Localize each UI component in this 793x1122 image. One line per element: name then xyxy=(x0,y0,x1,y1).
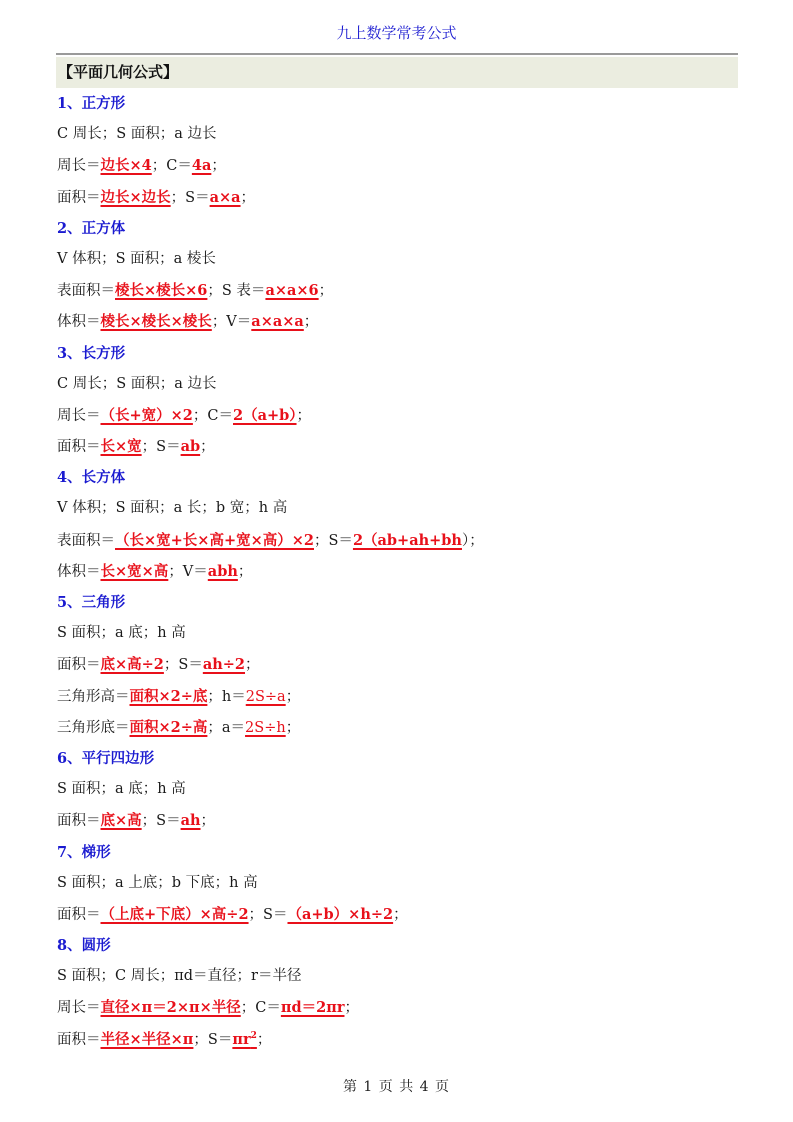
formula-line: 体积＝棱长×棱长×棱长；V＝a×a×a； xyxy=(57,306,737,337)
topic-title: 长方形 xyxy=(82,346,126,362)
formula-end: ； xyxy=(393,907,408,923)
topic-heading-triangle: 5、三角形 xyxy=(57,587,737,618)
formula-end: ； xyxy=(286,689,301,705)
formula-lhs: 表面积＝ xyxy=(57,283,115,299)
topic-heading-circle: 8、圆形 xyxy=(57,930,737,961)
formula-symbol: ；S＝ xyxy=(249,907,288,923)
formula-answer: 边长×边长 xyxy=(101,189,171,206)
topic-number: 1、 xyxy=(57,95,82,112)
formula-answer: 棱长×棱长×6 xyxy=(115,282,207,299)
topic-legend: V 体积；S 面积；a 棱长 xyxy=(57,244,737,275)
formula-line: 表面积＝（长×宽+长×高+宽×高）×2；S＝2（ab+ah+bh）； xyxy=(57,525,737,556)
formula-symbol: ；S＝ xyxy=(171,190,210,206)
formula-answer-symbolic: 4a xyxy=(192,157,211,174)
formula-answer-symbolic: ah÷2 xyxy=(203,656,245,673)
formula-symbol: ；V＝ xyxy=(168,564,207,580)
formula-lhs: 面积＝ xyxy=(57,907,101,923)
formula-answer-symbolic: a×a xyxy=(210,189,241,206)
formula-symbol: ；S 表＝ xyxy=(207,283,265,299)
document-title: 九上数学常考公式 xyxy=(0,22,793,43)
topic-legend: S 面积；C 周长；πd＝直径；r＝半径 xyxy=(57,961,737,992)
formula-lhs: 三角形高＝ xyxy=(57,689,130,705)
formula-symbol: ；S＝ xyxy=(314,533,353,549)
formula-answer: （长×宽+长×高+宽×高）×2 xyxy=(115,532,314,549)
topic-title: 正方形 xyxy=(82,96,126,112)
formula-lhs: 面积＝ xyxy=(57,813,101,829)
formula-end: ； xyxy=(245,657,260,673)
formula-line: 周长＝（长+宽）×2；C＝2（a+b）； xyxy=(57,400,737,431)
formula-answer: （上底+下底）×高÷2 xyxy=(101,906,249,923)
formula-answer: 直径×π＝2×π×半径 xyxy=(101,999,241,1016)
formula-symbol: ；C＝ xyxy=(193,408,233,424)
topic-heading-trapezoid: 7、梯形 xyxy=(57,837,737,868)
formula-answer: （长+宽）×2 xyxy=(101,407,193,424)
formula-lhs: 三角形底＝ xyxy=(57,720,130,736)
page-footer: 第 1 页 共 4 页 xyxy=(0,1076,793,1096)
formula-symbol: ；C＝ xyxy=(152,158,192,174)
formula-line: 周长＝直径×π＝2×π×半径；C＝πd＝2πr； xyxy=(57,992,737,1023)
formula-answer-symbolic: abh xyxy=(208,563,238,580)
formula-line: 面积＝底×高；S＝ah； xyxy=(57,805,737,836)
formula-line: 三角形底＝面积×2÷高；a＝2S÷h； xyxy=(57,712,737,743)
topic-title: 平行四边形 xyxy=(82,751,155,767)
topic-number: 2、 xyxy=(57,220,82,237)
topic-legend: V 体积；S 面积；a 长；b 宽；h 高 xyxy=(57,493,737,524)
formula-end: ； xyxy=(211,158,226,174)
formula-end: ）； xyxy=(462,533,484,549)
formula-lhs: 体积＝ xyxy=(57,314,101,330)
formula-lhs: 面积＝ xyxy=(57,1032,101,1048)
formula-lhs: 面积＝ xyxy=(57,657,101,673)
formula-answer-base: πr xyxy=(232,1031,250,1048)
formula-end: ； xyxy=(297,408,312,424)
topic-legend: C 周长；S 面积；a 边长 xyxy=(57,119,737,150)
topic-legend: C 周长；S 面积；a 边长 xyxy=(57,369,737,400)
formula-line: 三角形高＝面积×2÷底；h＝2S÷a； xyxy=(57,681,737,712)
formula-answer-symbolic: 2S÷a xyxy=(246,689,286,705)
formula-symbol: ；S＝ xyxy=(164,657,203,673)
formula-answer: 底×高÷2 xyxy=(101,656,164,673)
formula-end: ； xyxy=(286,720,301,736)
formula-line: 面积＝底×高÷2；S＝ah÷2； xyxy=(57,649,737,680)
topic-legend: S 面积；a 底；h 高 xyxy=(57,618,737,649)
formula-answer-symbolic: 2（a+b） xyxy=(233,407,297,424)
formula-end: ； xyxy=(241,190,256,206)
formula-lhs: 周长＝ xyxy=(57,1000,101,1016)
formula-symbol: ；C＝ xyxy=(241,1000,281,1016)
formula-end: ； xyxy=(201,813,216,829)
formula-line: 面积＝半径×半径×π；S＝πr2； xyxy=(57,1024,737,1055)
formula-answer-symbolic: πd＝2πr xyxy=(281,999,345,1016)
formula-answer: 长×宽×高 xyxy=(101,563,169,580)
topic-legend: S 面积；a 底；h 高 xyxy=(57,774,737,805)
topic-number: 5、 xyxy=(57,594,82,611)
formula-answer-symbolic: a×a×a xyxy=(251,313,304,330)
formula-symbol: ；h＝ xyxy=(207,689,245,705)
formula-answer: 底×高 xyxy=(101,812,142,829)
formula-symbol: ；V＝ xyxy=(212,314,251,330)
formula-answer: 边长×4 xyxy=(101,157,152,174)
formula-answer-symbolic: ah xyxy=(181,812,201,829)
formula-end: ； xyxy=(344,1000,359,1016)
formula-line: 面积＝（上底+下底）×高÷2；S＝（a+b）×h÷2； xyxy=(57,899,737,930)
formula-symbol: ；S＝ xyxy=(142,813,181,829)
formula-answer-symbolic: 2（ab+ah+bh xyxy=(353,532,462,549)
formula-line: 面积＝边长×边长；S＝a×a； xyxy=(57,182,737,213)
formula-answer: 半径×半径×π xyxy=(101,1031,194,1048)
topic-number: 8、 xyxy=(57,937,82,954)
topic-number: 4、 xyxy=(57,469,82,486)
topic-legend: S 面积；a 上底；b 下底；h 高 xyxy=(57,868,737,899)
topic-heading-rectangle: 3、长方形 xyxy=(57,338,737,369)
formula-line: 表面积＝棱长×棱长×6；S 表＝a×a×6； xyxy=(57,275,737,306)
formula-line: 面积＝长×宽；S＝ab； xyxy=(57,431,737,462)
topic-number: 3、 xyxy=(57,345,82,362)
formula-line: 体积＝长×宽×高；V＝abh； xyxy=(57,556,737,587)
formula-answer-symbolic: （a+b）×h÷2 xyxy=(287,906,393,923)
formula-lhs: 周长＝ xyxy=(57,408,101,424)
formula-answer-symbolic: a×a×6 xyxy=(265,282,318,299)
header-divider xyxy=(56,53,738,55)
formula-line: 周长＝边长×4；C＝4a； xyxy=(57,150,737,181)
formula-content: 1、正方形 C 周长；S 面积；a 边长 周长＝边长×4；C＝4a； 面积＝边长… xyxy=(57,88,737,1055)
formula-answer: 棱长×棱长×棱长 xyxy=(101,313,212,330)
topic-heading-square: 1、正方形 xyxy=(57,88,737,119)
formula-symbol: ；S＝ xyxy=(193,1032,232,1048)
formula-end: ； xyxy=(238,564,253,580)
formula-lhs: 体积＝ xyxy=(57,564,101,580)
formula-lhs: 表面积＝ xyxy=(57,533,115,549)
formula-lhs: 面积＝ xyxy=(57,190,101,206)
topic-number: 6、 xyxy=(57,750,82,767)
formula-answer-symbolic: πr2 xyxy=(232,1031,257,1048)
topic-title: 圆形 xyxy=(82,938,111,954)
formula-lhs: 周长＝ xyxy=(57,158,101,174)
formula-end: ； xyxy=(200,439,215,455)
topic-heading-cube: 2、正方体 xyxy=(57,213,737,244)
topic-title: 三角形 xyxy=(82,595,126,611)
formula-end: ； xyxy=(319,283,334,299)
formula-answer: 长×宽 xyxy=(101,438,142,455)
formula-lhs: 面积＝ xyxy=(57,439,101,455)
topic-heading-cuboid: 4、长方体 xyxy=(57,462,737,493)
topic-number: 7、 xyxy=(57,844,82,861)
topic-title: 正方体 xyxy=(82,221,126,237)
topic-title: 梯形 xyxy=(82,845,111,861)
formula-symbol: ；S＝ xyxy=(142,439,181,455)
formula-answer: 面积×2÷高 xyxy=(130,719,208,736)
section-banner: 【平面几何公式】 xyxy=(56,57,738,88)
formula-end: ； xyxy=(304,314,319,330)
formula-symbol: ；a＝ xyxy=(207,720,245,736)
formula-answer-symbolic: 2S÷h xyxy=(245,720,286,736)
formula-answer: 面积×2÷底 xyxy=(130,688,208,705)
topic-heading-parallelogram: 6、平行四边形 xyxy=(57,743,737,774)
topic-title: 长方体 xyxy=(82,470,126,486)
formula-answer-symbolic: ab xyxy=(181,438,201,455)
formula-end: ； xyxy=(257,1032,272,1048)
